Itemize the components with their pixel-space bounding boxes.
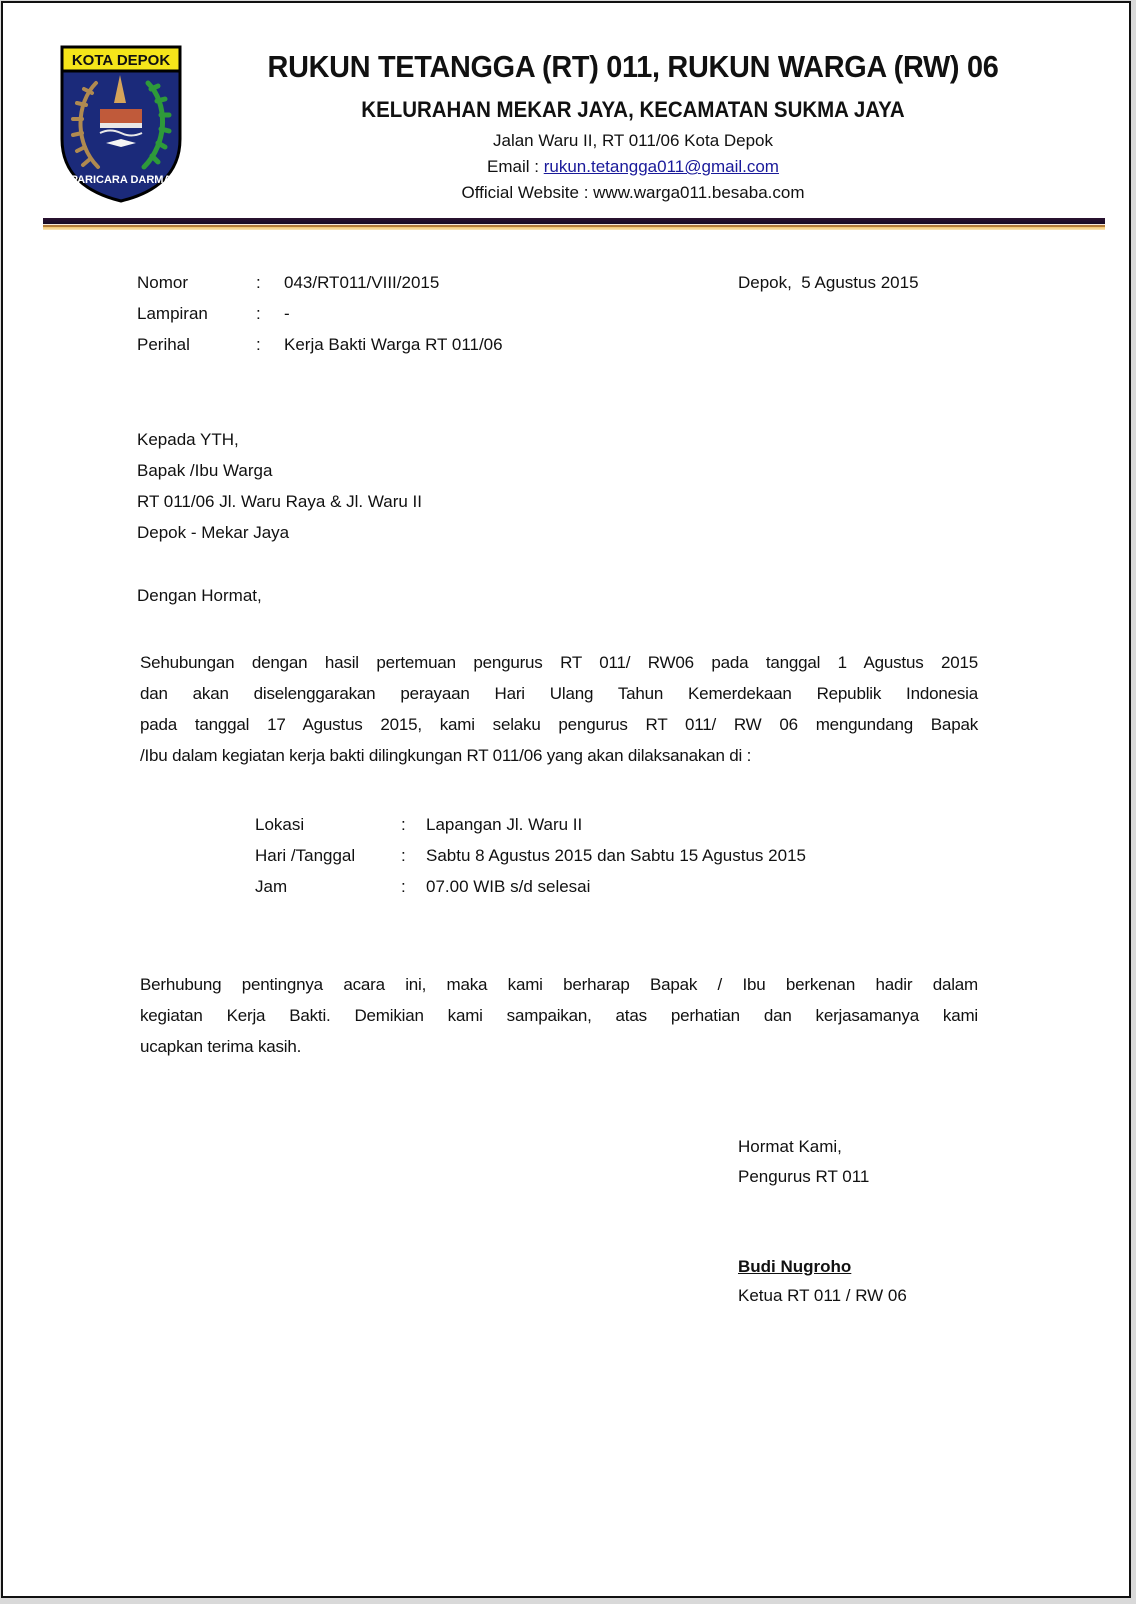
recipient-line: Depok - Mekar Jaya: [137, 523, 289, 543]
meta-sep: :: [256, 304, 261, 324]
meta-sep: :: [256, 273, 261, 293]
svg-text:PARICARA DARMA: PARICARA DARMA: [71, 174, 172, 186]
svg-text:KOTA DEPOK: KOTA DEPOK: [72, 52, 171, 69]
kota-depok-emblem-icon: KOTA DEPOK PARICARA DARMA: [56, 43, 186, 203]
email-label: Email :: [487, 157, 544, 176]
paragraph-line: Berhubung pentingnya acara ini, maka kam…: [140, 969, 978, 1000]
letterhead-divider: [43, 218, 1105, 230]
detail-value-jam: 07.00 WIB s/d selesai: [426, 877, 590, 897]
greeting: Dengan Hormat,: [137, 586, 262, 606]
meta-label-lampiran: Lampiran: [137, 304, 208, 324]
signer-name: Budi Nugroho: [738, 1257, 851, 1277]
meta-label-perihal: Perihal: [137, 335, 190, 355]
meta-value-nomor: 043/RT011/VIII/2015: [284, 273, 439, 293]
recipient-line: Bapak /Ibu Warga: [137, 461, 272, 481]
recipient-line: Kepada YTH,: [137, 430, 239, 450]
paragraph-line: Sehubungan dengan hasil pertemuan pengur…: [140, 647, 978, 678]
letterhead-email-line: Email : rukun.tetangga011@gmail.com: [203, 157, 1063, 177]
letterhead-website: Official Website : www.warga011.besaba.c…: [203, 183, 1063, 203]
detail-value-lokasi: Lapangan Jl. Waru II: [426, 815, 582, 835]
signer-title: Ketua RT 011 / RW 06: [738, 1286, 907, 1306]
meta-value-lampiran: -: [284, 304, 290, 324]
detail-value-tanggal: Sabtu 8 Agustus 2015 dan Sabtu 15 Agustu…: [426, 846, 806, 866]
paragraph-line: pada tanggal 17 Agustus 2015, kami selak…: [140, 709, 978, 740]
paragraph-line: ucapkan terima kasih.: [140, 1031, 978, 1062]
detail-sep: :: [401, 846, 406, 866]
place-date: Depok, 5 Agustus 2015: [738, 273, 919, 293]
paragraph-line: dan akan diselenggarakan perayaan Hari U…: [140, 678, 978, 709]
detail-sep: :: [401, 877, 406, 897]
meta-label-nomor: Nomor: [137, 273, 188, 293]
email-link[interactable]: rukun.tetangga011@gmail.com: [544, 157, 779, 176]
paragraph-line: kegiatan Kerja Bakti. Demikian kami samp…: [140, 1000, 978, 1031]
closing-org: Pengurus RT 011: [738, 1167, 869, 1187]
letterhead-subtitle: KELURAHAN MEKAR JAYA, KECAMATAN SUKMA JA…: [233, 97, 1033, 123]
meta-value-perihal: Kerja Bakti Warga RT 011/06: [284, 335, 503, 355]
detail-label-tanggal: Hari /Tanggal: [255, 846, 355, 866]
detail-sep: :: [401, 815, 406, 835]
paragraph-line: /Ibu dalam kegiatan kerja bakti dilingku…: [140, 740, 978, 771]
letter-page: KOTA DEPOK PARICARA DARMA RUKUN TETANGGA…: [1, 1, 1131, 1598]
meta-sep: :: [256, 335, 261, 355]
letterhead-address: Jalan Waru II, RT 011/06 Kota Depok: [203, 131, 1063, 151]
body-paragraph-1: Sehubungan dengan hasil pertemuan pengur…: [140, 647, 978, 771]
letterhead-title: RUKUN TETANGGA (RT) 011, RUKUN WARGA (RW…: [233, 49, 1033, 85]
detail-label-jam: Jam: [255, 877, 287, 897]
detail-label-lokasi: Lokasi: [255, 815, 304, 835]
closing-salutation: Hormat Kami,: [738, 1137, 842, 1157]
recipient-line: RT 011/06 Jl. Waru Raya & Jl. Waru II: [137, 492, 422, 512]
body-paragraph-2: Berhubung pentingnya acara ini, maka kam…: [140, 969, 978, 1062]
